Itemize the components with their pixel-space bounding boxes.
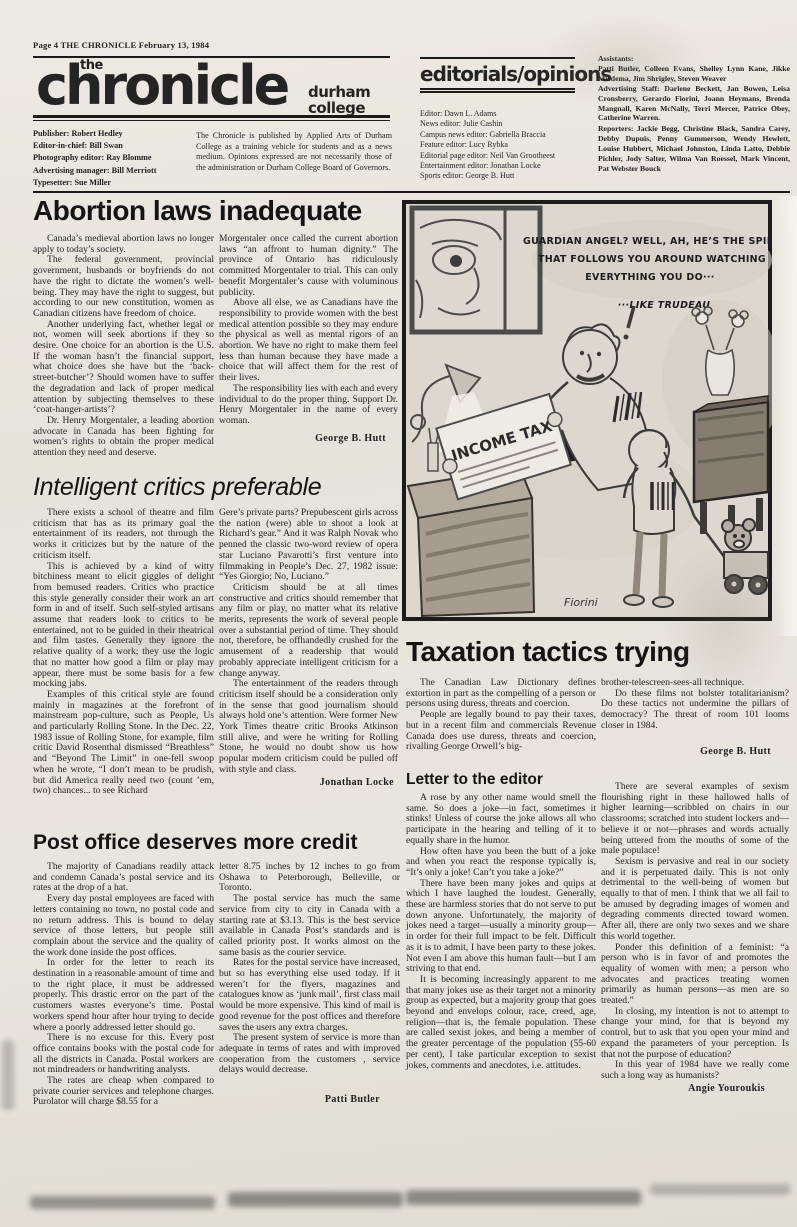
masthead-staff-left: Publisher: Robert HedleyEditor-in-chief:…: [33, 128, 188, 189]
abortion-byline: George B. Hutt: [219, 433, 398, 444]
caption-line-1: GUARDIAN ANGEL? WELL, AH, HE’S THE SPIRI…: [523, 236, 772, 247]
headline-abortion: Abortion laws inadequate: [33, 195, 362, 227]
critics-col1-item-0: There exists a school of theatre and fil…: [33, 508, 214, 562]
letter-col2-item-2: Ponder this definition of a feminist: “a…: [601, 943, 789, 1007]
taxation-col1-item-1: People are legally bound to pay their ta…: [406, 710, 596, 753]
postoffice-col1: The majority of Canadians readily attack…: [33, 862, 214, 1108]
page-folio: Page 4 THE CHRONICLE February 13, 1984: [33, 40, 209, 50]
taxation-col1-item-0: The Canadian Law Dictionary defines exto…: [406, 678, 596, 710]
masthead-rule-bottom-2: [33, 120, 390, 121]
postoffice-col1-item-3: There is no excuse for this. Every post …: [33, 1033, 214, 1076]
headline-letter: Letter to the editor: [406, 771, 543, 789]
postoffice-col2-item-0: letter 8.75 inches by 12 inches to go fr…: [219, 862, 400, 894]
masthead-staff-left-item-4: Typesetter: Sue Miller: [33, 177, 188, 189]
letter-col2-item-3: In closing, my intention is not to attem…: [601, 1007, 789, 1061]
masthead-staff-left-item-0: Publisher: Robert Hedley: [33, 128, 188, 140]
abortion-col2-wrap: Morgentaler once called the current abor…: [219, 234, 398, 444]
critics-col2-wrap: Gere’s private parts? Prepubescent girls…: [219, 508, 398, 788]
editors-list: Editor: Dawn L. AdamsNews editor: Julie …: [420, 109, 595, 182]
critics-col2-item-0: Gere’s private parts? Prepubescent girls…: [219, 508, 398, 583]
letter-col1-item-2: There have been many jokes and quips at …: [406, 879, 596, 975]
critics-col1-item-2: Examples of this critical style are foun…: [33, 690, 214, 797]
ink-smudge: [406, 1190, 641, 1205]
letter-col2-item-0: There are several examples of sexism flo…: [601, 782, 789, 857]
editors-list-item-1: News editor: Julie Cashin: [420, 119, 595, 129]
postoffice-col2-item-2: Rates for the postal service have increa…: [219, 958, 400, 1033]
chronicle-logo: chronicle: [36, 62, 287, 111]
taxation-byline: George B. Hutt: [601, 746, 789, 757]
artist-signature: Fiorini: [564, 596, 598, 609]
editors-list-item-5: Entertainment editor: Jonathan Locke: [420, 161, 595, 171]
header-divider-rule: [33, 191, 790, 193]
letter-col2-item-4: In this year of 1984 have we really come…: [601, 1060, 789, 1081]
newspaper-page: Page 4 THE CHRONICLE February 13, 1984 t…: [0, 0, 797, 1227]
abortion-col1: Canada’s medieval abortion laws no longe…: [33, 234, 214, 459]
letter-col1-item-3: It is becoming increasingly apparent to …: [406, 975, 596, 1071]
ink-smudge: [30, 1196, 215, 1209]
headline-postoffice: Post office deserves more credit: [33, 831, 357, 855]
headline-taxation: Taxation tactics trying: [406, 636, 690, 668]
letter-col2-wrap: There are several examples of sexism flo…: [601, 782, 789, 1094]
critics-col2: Gere’s private parts? Prepubescent girls…: [219, 508, 398, 776]
masthead-staff-left-item-3: Advertising manager: Bill Merriott: [33, 165, 188, 177]
editors-list-item-4: Editorial page editor: Neil Van Groothee…: [420, 151, 595, 161]
critics-col2-item-1: Criticism should be at all times constru…: [219, 583, 398, 679]
page-edge-highlight: [774, 196, 797, 636]
abortion-col1-item-0: Canada’s medieval abortion laws no longe…: [33, 234, 214, 255]
postoffice-col2-item-3: The present system of service is more th…: [219, 1033, 400, 1076]
postoffice-col1-item-2: In order for the letter to reach its des…: [33, 958, 214, 1033]
postoffice-col2-wrap: letter 8.75 inches by 12 inches to go fr…: [219, 862, 400, 1105]
letter-col1-item-1: How often have you been the butt of a jo…: [406, 847, 596, 879]
pen-cup-icon: [428, 443, 438, 471]
abortion-col2-item-1: Above all else, we as Canadians have the…: [219, 298, 398, 384]
postoffice-byline: Patti Butler: [219, 1094, 400, 1105]
abortion-col1-item-2: Another underlying fact, whether legal o…: [33, 320, 214, 416]
reporters-block: Reporters: Jackie Begg, Christine Black,…: [598, 124, 790, 174]
paper-stain: [660, 540, 790, 710]
editors-list-item-0: Editor: Dawn L. Adams: [420, 109, 595, 119]
letter-byline: Angie Youroukis: [601, 1083, 789, 1094]
ink-smudge: [228, 1192, 403, 1207]
taxation-col1: The Canadian Law Dictionary defines exto…: [406, 678, 596, 753]
letter-col1: A rose by any other name would smell the…: [406, 793, 596, 1071]
abortion-col2: Morgentaler once called the current abor…: [219, 234, 398, 427]
caption-line-3: EVERYTHING YOU DO···: [585, 272, 714, 283]
critics-byline: Jonathan Locke: [219, 777, 398, 788]
paper-stain: [540, 15, 710, 110]
postoffice-col1-item-4: The rates are cheap when compared to pri…: [33, 1076, 214, 1108]
tv-cabinet: [694, 396, 768, 539]
letter-col2: There are several examples of sexism flo…: [601, 782, 789, 1082]
letter-col1-item-0: A rose by any other name would smell the…: [406, 793, 596, 847]
ink-smudge: [2, 1040, 14, 1110]
editors-list-item-3: Feature editor: Lucy Rybka: [420, 140, 595, 150]
postoffice-col2-item-1: The postal service has much the same ser…: [219, 894, 400, 958]
editors-list-item-6: Sports editor: George B. Hutt: [420, 171, 595, 181]
editors-list-item-2: Campus news editor: Gabriella Braccia: [420, 130, 595, 140]
letter-col2-item-1: Sexism is pervasive and real in our soci…: [601, 857, 789, 943]
masthead-rule-bottom-1: [33, 115, 390, 118]
masthead-staff-left-item-1: Editor-in-chief: Bill Swan: [33, 140, 188, 152]
abortion-col1-item-1: The federal government, provincial gover…: [33, 255, 214, 319]
logo-durham-college: durhamcollege: [308, 85, 370, 117]
postoffice-col1-item-0: The majority of Canadians readily attack…: [33, 862, 214, 894]
masthead-staff-left-item-2: Photography editor: Ray Blomme: [33, 152, 188, 164]
postoffice-col1-item-1: Every day postal employees are faced wit…: [33, 894, 214, 958]
caption-line-2: THAT FOLLOWS YOU AROUND WATCHING: [538, 254, 766, 265]
abortion-col2-item-2: The responsibility lies with each and ev…: [219, 384, 398, 427]
ink-smudge: [650, 1184, 790, 1195]
headline-critics: Intelligent critics preferable: [33, 473, 321, 502]
critics-col2-item-2: The entertainment of the readers through…: [219, 679, 398, 775]
postoffice-col2: letter 8.75 inches by 12 inches to go fr…: [219, 862, 400, 1076]
abortion-col2-item-0: Morgentaler once called the current abor…: [219, 234, 398, 298]
masthead-about: The Chronicle is published by Applied Ar…: [196, 131, 392, 173]
abortion-col1-item-3: Dr. Henry Morgentaler, a leading abortio…: [33, 416, 214, 459]
paper-stain: [90, 590, 240, 680]
